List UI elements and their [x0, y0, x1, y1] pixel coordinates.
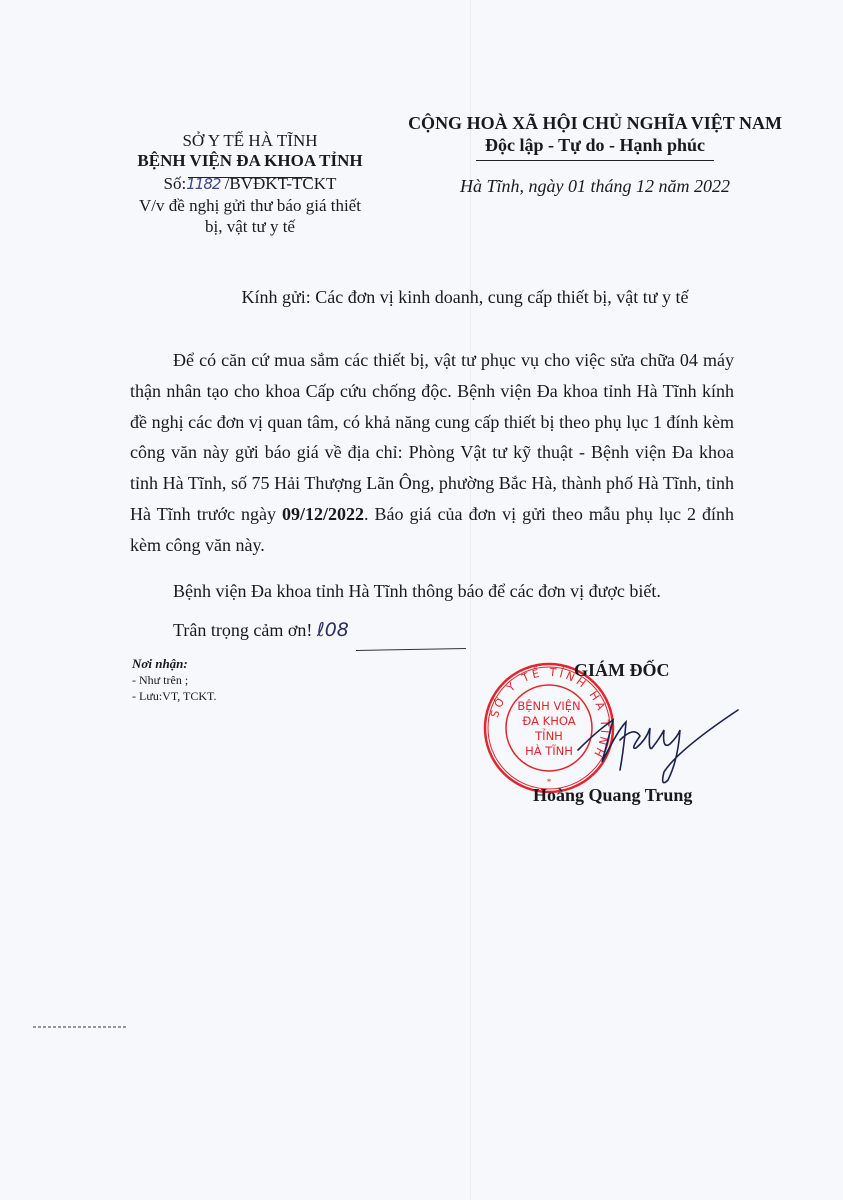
document-number: Số:1182 /BVĐKT-TCKT — [100, 173, 400, 195]
recipients-title: Nơi nhận: — [132, 656, 217, 672]
initials-underline — [356, 648, 466, 651]
scan-artifact — [33, 1026, 128, 1028]
closing-line: Trân trọng cảm ơn! ℓ08 — [173, 619, 349, 641]
motto-underline — [476, 160, 714, 161]
subject-line-1: V/v đề nghị gửi thư báo giá thiết — [100, 195, 400, 216]
doc-number-prefix: Số: — [164, 174, 187, 193]
issuer-header: SỞ Y TẾ HÀ TĨNH BỆNH VIỆN ĐA KHOA TỈNH — [100, 131, 400, 178]
body-paragraph: Để có căn cứ mua sắm các thiết bị, vật t… — [130, 345, 734, 561]
handwritten-signature-icon — [568, 700, 748, 790]
signer-name: Hoàng Quang Trung — [533, 785, 692, 806]
signer-position: GIÁM ĐỐC — [574, 660, 670, 681]
motto: Độc lập - Tự do - Hạnh phúc — [375, 134, 815, 156]
addressee: Kính gửi: Các đơn vị kinh doanh, cung cấ… — [100, 287, 830, 308]
doc-number-handwritten: 1182 — [186, 175, 220, 193]
recipient-item: - Lưu:VT, TCKT. — [132, 688, 217, 704]
department-name: SỞ Y TẾ HÀ TĨNH — [100, 131, 400, 151]
national-header: CỘNG HOÀ XÃ HỘI CHỦ NGHĨA VIỆT NAM Độc l… — [375, 112, 815, 161]
notice-paragraph: Bệnh viện Đa khoa tỉnh Hà Tĩnh thông báo… — [173, 581, 661, 602]
deadline-date: 09/12/2022 — [282, 504, 364, 524]
subject-line-2: bị, vật tư y tế — [100, 216, 400, 237]
hospital-name: BỆNH VIỆN ĐA KHOA TỈNH — [100, 151, 400, 171]
svg-text:TỈNH: TỈNH — [534, 727, 563, 743]
subject: V/v đề nghị gửi thư báo giá thiết bị, vậ… — [100, 195, 400, 237]
closing-text: Trân trọng cảm ơn! — [173, 620, 312, 640]
recipient-item: - Như trên ; — [132, 672, 217, 688]
document-page: SỞ Y TẾ HÀ TĨNH BỆNH VIỆN ĐA KHOA TỈNH S… — [0, 0, 843, 1200]
doc-number-suffix: /BVĐKT-TCKT — [220, 174, 336, 193]
recipients-block: Nơi nhận: - Như trên ; - Lưu:VT, TCKT. — [132, 656, 217, 704]
place-date: Hà Tĩnh, ngày 01 tháng 12 năm 2022 — [375, 176, 815, 197]
handwritten-initials: ℓ08 — [317, 619, 349, 641]
body-text-part1: Để có căn cứ mua sắm các thiết bị, vật t… — [130, 350, 734, 524]
nation-title: CỘNG HOÀ XÃ HỘI CHỦ NGHĨA VIỆT NAM — [375, 112, 815, 134]
svg-text:HÀ TĨNH: HÀ TĨNH — [525, 743, 573, 758]
